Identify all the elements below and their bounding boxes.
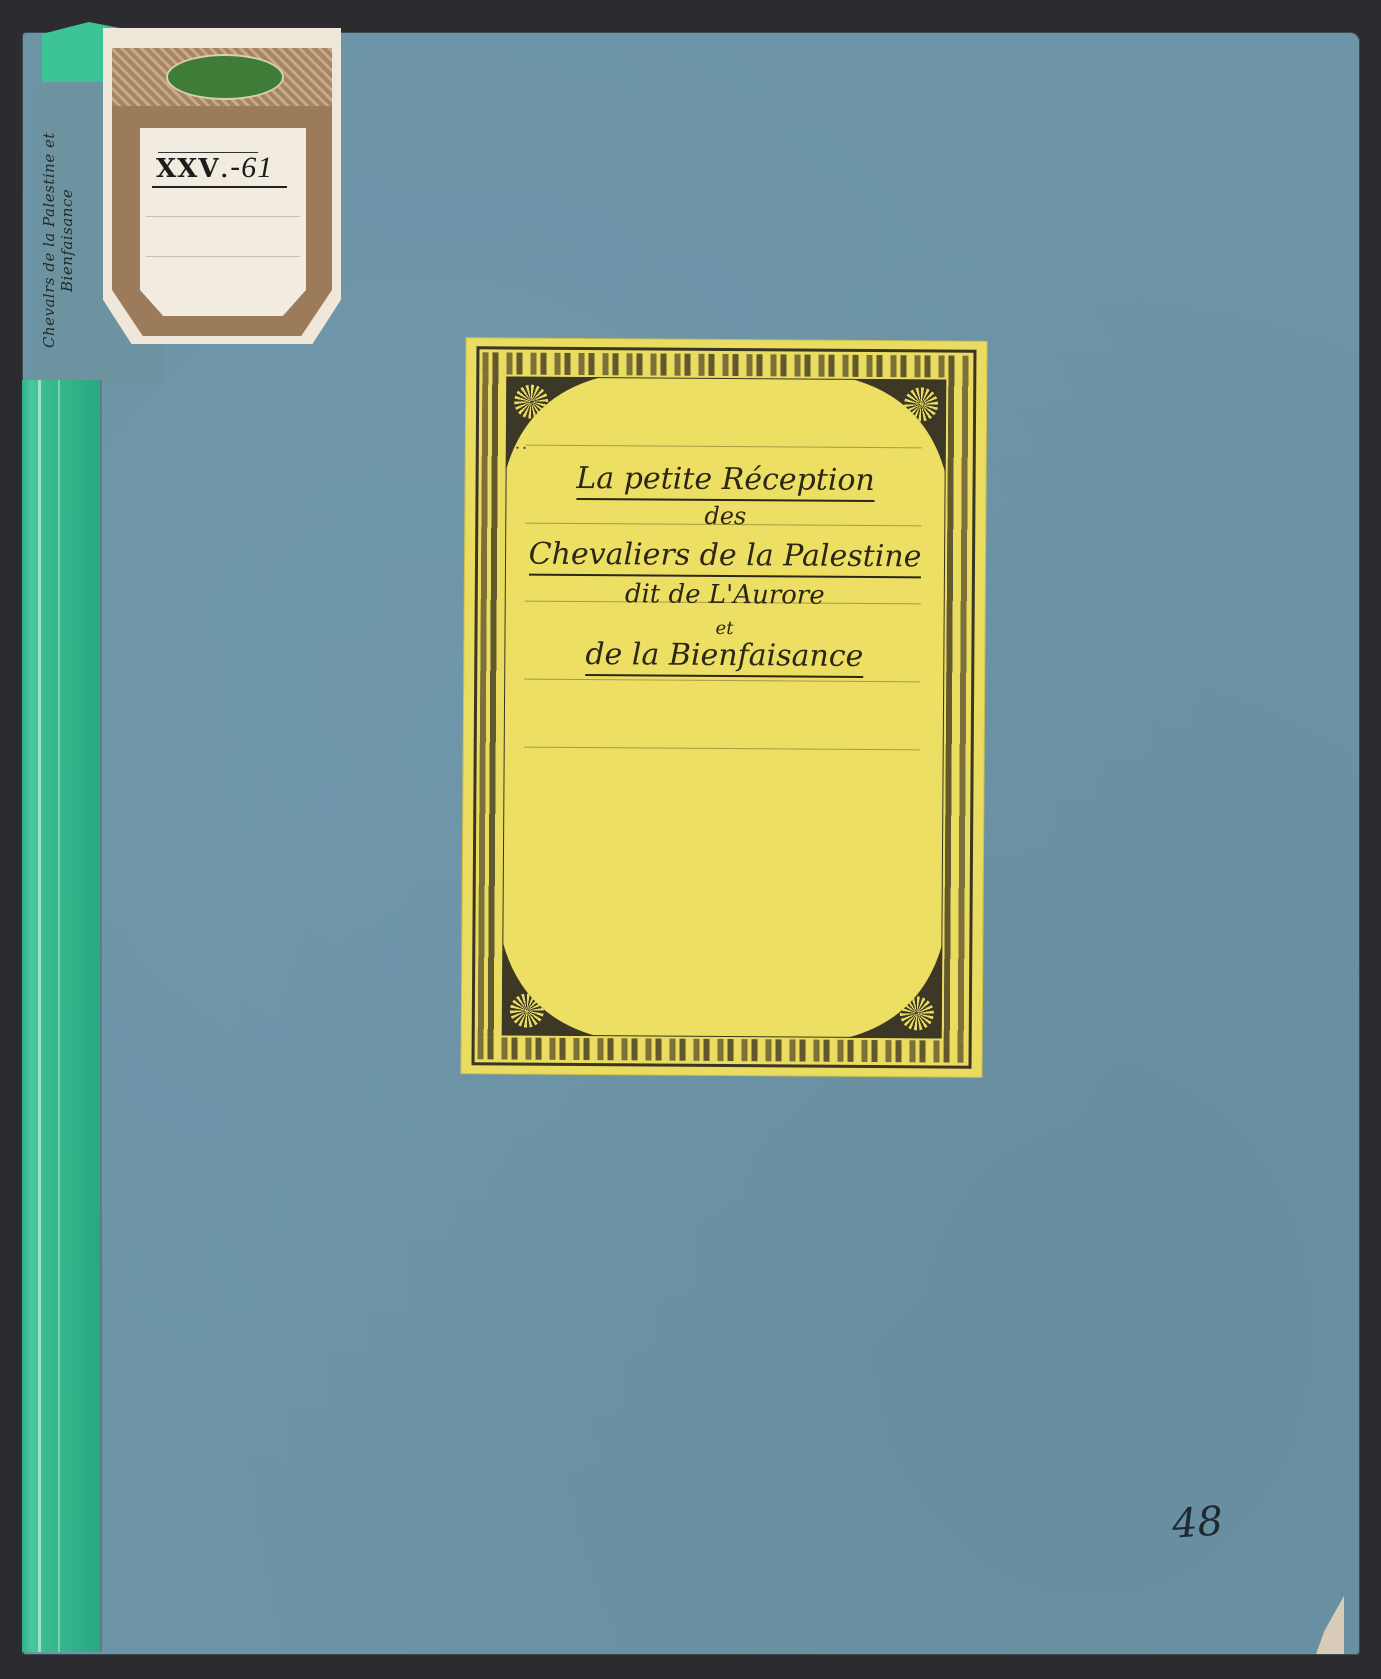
title-line-3: Chevaliers de la Palestine: [465, 536, 985, 575]
title-label: ... La petite Réception des Chevaliers d…: [461, 338, 986, 1077]
shelfmark-number: 61: [241, 151, 273, 184]
label-rule: [146, 216, 300, 217]
page-number: 48: [1170, 1498, 1224, 1547]
shelfmark-roman: XXV: [156, 154, 220, 184]
shelfmark-underline: [152, 186, 287, 188]
title-line-6: de la Bienfaisance: [464, 636, 984, 675]
catalog-label-bottom: [140, 290, 306, 316]
title-line-4: dit de L'Aurore: [465, 578, 985, 612]
title-line-2: des: [465, 500, 985, 532]
shelfmark: XXV.-61: [156, 150, 306, 185]
catalog-label-oval: [166, 54, 284, 100]
spine-handwritten-title: Chevalrs de la Palestine et Bienfaisance: [40, 90, 78, 390]
spine-gloss: [58, 380, 60, 1652]
shelfmark-separator: .-: [220, 150, 242, 185]
title-line-1: La petite Réception: [465, 460, 985, 499]
label-rule: [146, 256, 300, 257]
spine-binding: [22, 380, 102, 1652]
spine-gloss: [38, 380, 41, 1652]
leading-mark: ...: [508, 433, 529, 452]
